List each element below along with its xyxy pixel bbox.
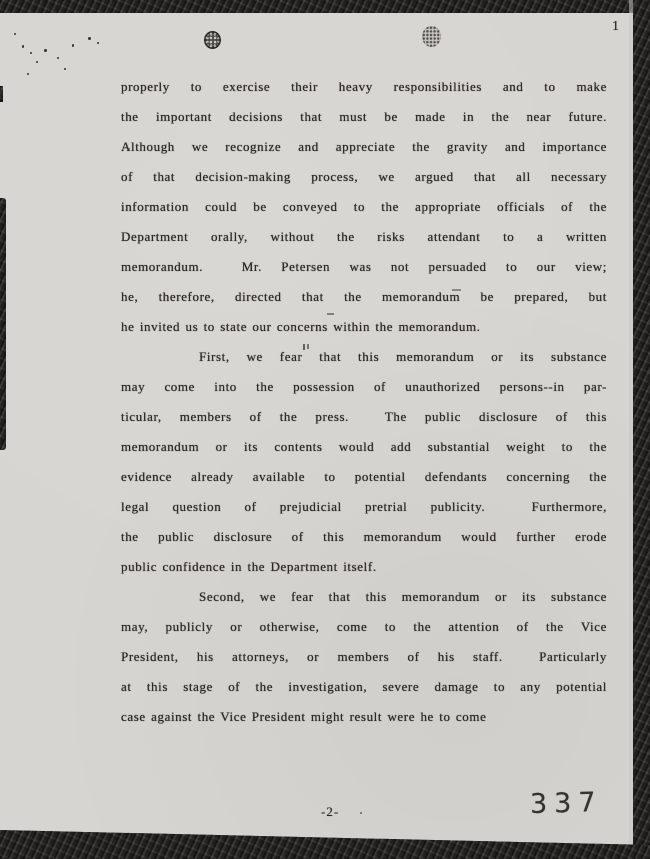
- speckle-artifact: [30, 52, 32, 54]
- speckle-artifact: [27, 73, 29, 75]
- halftone-stamp-icon: [422, 26, 441, 47]
- text-line: the important decisions that must be mad…: [121, 102, 607, 132]
- speckle-artifact: [360, 812, 362, 814]
- text-line: public confidence in the Department itse…: [121, 552, 607, 582]
- corner-page-index: 1: [612, 19, 619, 35]
- text-line: he invited us to state our concerns with…: [121, 312, 607, 342]
- speckle-artifact: [57, 57, 59, 59]
- scan-border-left: [0, 198, 6, 450]
- text-line: ticular, members of the press. The publi…: [121, 402, 607, 432]
- text-line: Second, we fear that this memorandum or …: [121, 582, 607, 612]
- text-line: may come into the possession of unauthor…: [121, 372, 607, 402]
- text-line: information could be conveyed to the app…: [121, 192, 607, 222]
- text-line: case against the Vice President might re…: [121, 702, 607, 732]
- scan-border-left-tick: [0, 86, 3, 102]
- archive-stamp-number: 337: [530, 787, 603, 820]
- speckle-artifact: [97, 42, 99, 44]
- text-line: First, we fear that this memorandum or i…: [121, 342, 607, 372]
- text-line: he, therefore, directed that the memoran…: [121, 282, 607, 312]
- body-text: properly to exercise their heavy respons…: [121, 72, 607, 732]
- speckle-artifact: [64, 68, 66, 70]
- text-line: may, publicly or otherwise, come to the …: [121, 612, 607, 642]
- page-number: -2-: [321, 804, 339, 820]
- text-line: memorandum or its contents would add sub…: [121, 432, 607, 462]
- text-line: Although we recognize and appreciate the…: [121, 132, 607, 162]
- speckle-artifact: [72, 44, 74, 47]
- circular-stamp-icon: [204, 31, 221, 49]
- text-line: the public disclosure of this memorandum…: [121, 522, 607, 552]
- scan-border-right: [633, 0, 650, 859]
- text-line: President, his attorneys, or members of …: [121, 642, 607, 672]
- scanned-memo-page: 1 -2- 337 properly to exercise their hea…: [0, 0, 650, 859]
- scan-border-bottom: [0, 824, 650, 859]
- speckle-artifact: [22, 45, 24, 48]
- speckle-artifact: [14, 33, 16, 35]
- scan-border-top: [0, 0, 650, 13]
- text-line: of that decision-making process, we argu…: [121, 162, 607, 192]
- text-line: at this stage of the investigation, seve…: [121, 672, 607, 702]
- text-line: evidence already available to potential …: [121, 462, 607, 492]
- text-line: legal question of prejudicial pretrial p…: [121, 492, 607, 522]
- text-line: properly to exercise their heavy respons…: [121, 72, 607, 102]
- text-line: Department orally, without the risks att…: [121, 222, 607, 252]
- speckle-artifact: [88, 37, 91, 40]
- speckle-artifact: [36, 61, 38, 63]
- text-line: memorandum. Mr. Petersen was not persuad…: [121, 252, 607, 282]
- speckle-artifact: [44, 49, 47, 52]
